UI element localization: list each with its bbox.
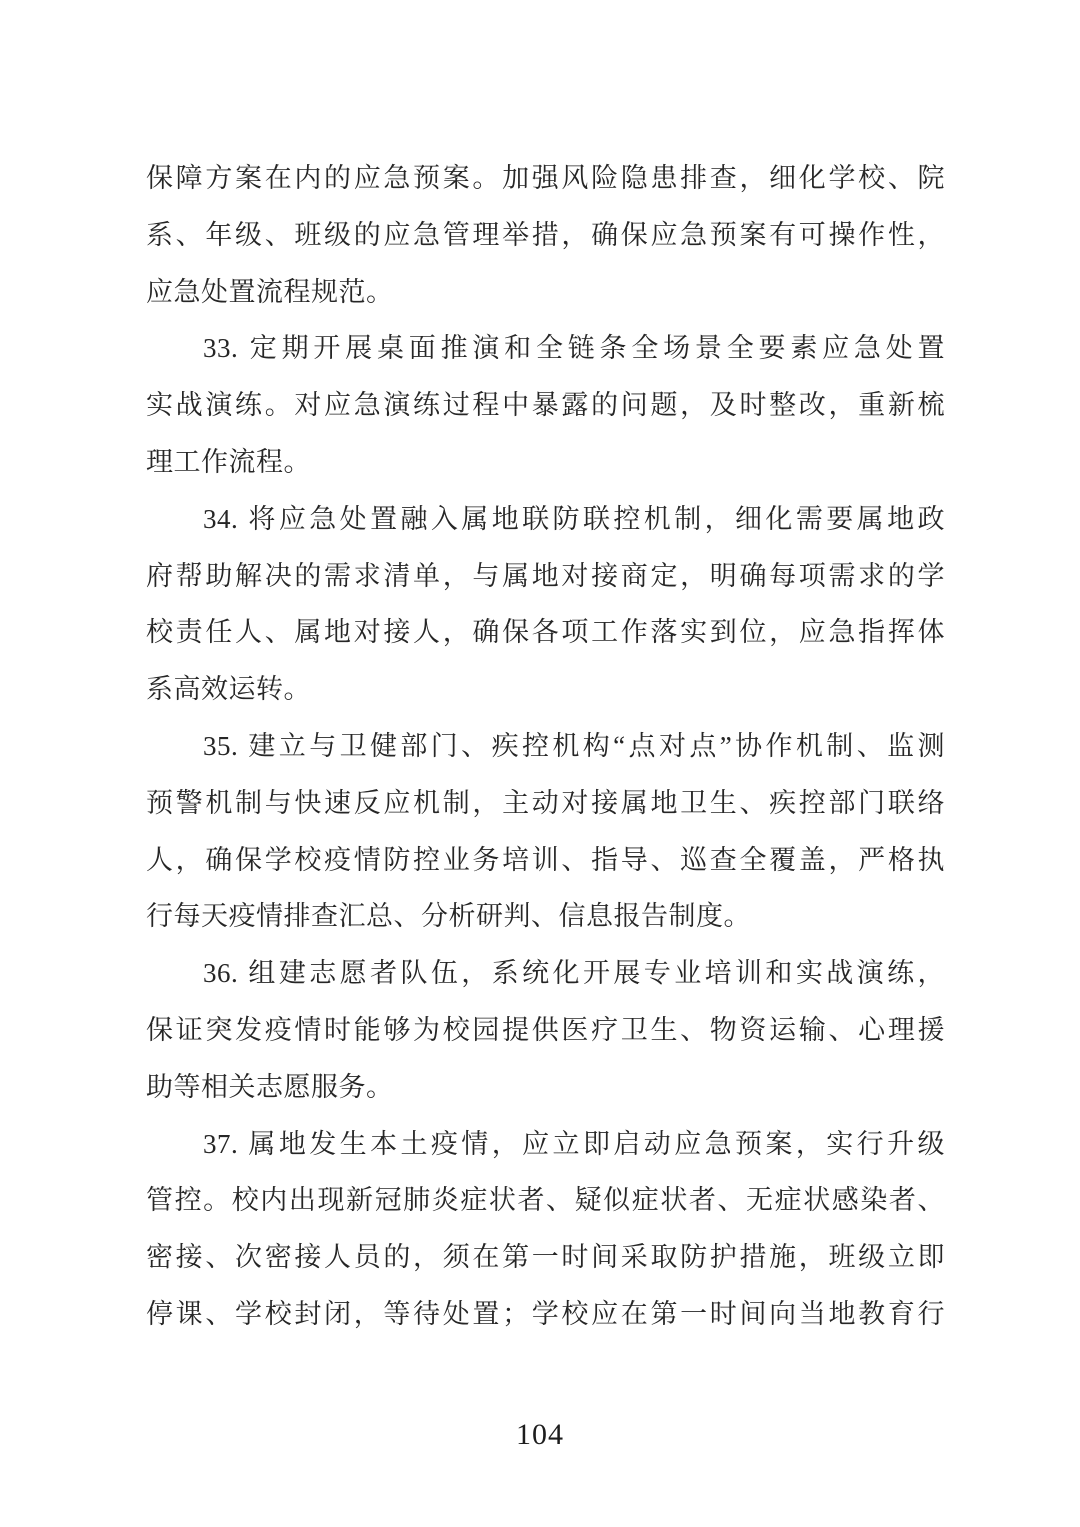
paragraph-item-36: 36. 组建志愿者队伍，系统化开展专业培训和实战演练， 保证突发疫情时能够为校园… [146, 945, 945, 1115]
text-line: 实战演练。对应急演练过程中暴露的问题，及时整改，重新梳 [146, 377, 945, 434]
text-line: 应急处置流程规范。 [146, 264, 945, 321]
text-line: 行每天疫情排查汇总、分析研判、信息报告制度。 [146, 888, 945, 945]
text-line: 密接、次密接人员的，须在第一时间采取防护措施，班级立即 [146, 1229, 945, 1286]
text-line: 人，确保学校疫情防控业务培训、指导、巡查全覆盖，严格执 [146, 832, 945, 889]
text-line: 37. 属地发生本土疫情，应立即启动应急预案，实行升级 [146, 1116, 945, 1173]
text-line: 校责任人、属地对接人，确保各项工作落实到位，应急指挥体 [146, 604, 945, 661]
paragraph-item-37: 37. 属地发生本土疫情，应立即启动应急预案，实行升级 管控。校内出现新冠肺炎症… [146, 1116, 945, 1343]
document-body: 保障方案在内的应急预案。加强风险隐患排查，细化学校、院 系、年级、班级的应急管理… [146, 150, 945, 1343]
text-line: 府帮助解决的需求清单，与属地对接商定，明确每项需求的学 [146, 548, 945, 605]
text-line: 助等相关志愿服务。 [146, 1059, 945, 1116]
text-line: 系高效运转。 [146, 661, 945, 718]
text-line: 33. 定期开展桌面推演和全链条全场景全要素应急处置 [146, 320, 945, 377]
text-line: 停课、学校封闭，等待处置；学校应在第一时间向当地教育行 [146, 1286, 945, 1343]
text-line: 理工作流程。 [146, 434, 945, 491]
text-line: 34. 将应急处置融入属地联防联控机制，细化需要属地政 [146, 491, 945, 548]
text-line: 管控。校内出现新冠肺炎症状者、疑似症状者、无症状感染者、 [146, 1172, 945, 1229]
text-line: 35. 建立与卫健部门、疾控机构“点对点”协作机制、监测 [146, 718, 945, 775]
paragraph-continuation: 保障方案在内的应急预案。加强风险隐患排查，细化学校、院 系、年级、班级的应急管理… [146, 150, 945, 320]
text-line: 36. 组建志愿者队伍，系统化开展专业培训和实战演练， [146, 945, 945, 1002]
page-number: 104 [0, 1418, 1080, 1452]
paragraph-item-34: 34. 将应急处置融入属地联防联控机制，细化需要属地政 府帮助解决的需求清单，与… [146, 491, 945, 718]
paragraph-item-35: 35. 建立与卫健部门、疾控机构“点对点”协作机制、监测 预警机制与快速反应机制… [146, 718, 945, 945]
text-line: 保证突发疫情时能够为校园提供医疗卫生、物资运输、心理援 [146, 1002, 945, 1059]
text-line: 保障方案在内的应急预案。加强风险隐患排查，细化学校、院 [146, 150, 945, 207]
text-line: 系、年级、班级的应急管理举措，确保应急预案有可操作性， [146, 207, 945, 264]
text-line: 预警机制与快速反应机制，主动对接属地卫生、疾控部门联络 [146, 775, 945, 832]
paragraph-item-33: 33. 定期开展桌面推演和全链条全场景全要素应急处置 实战演练。对应急演练过程中… [146, 320, 945, 490]
document-page: 保障方案在内的应急预案。加强风险隐患排查，细化学校、院 系、年级、班级的应急管理… [0, 0, 1080, 1527]
